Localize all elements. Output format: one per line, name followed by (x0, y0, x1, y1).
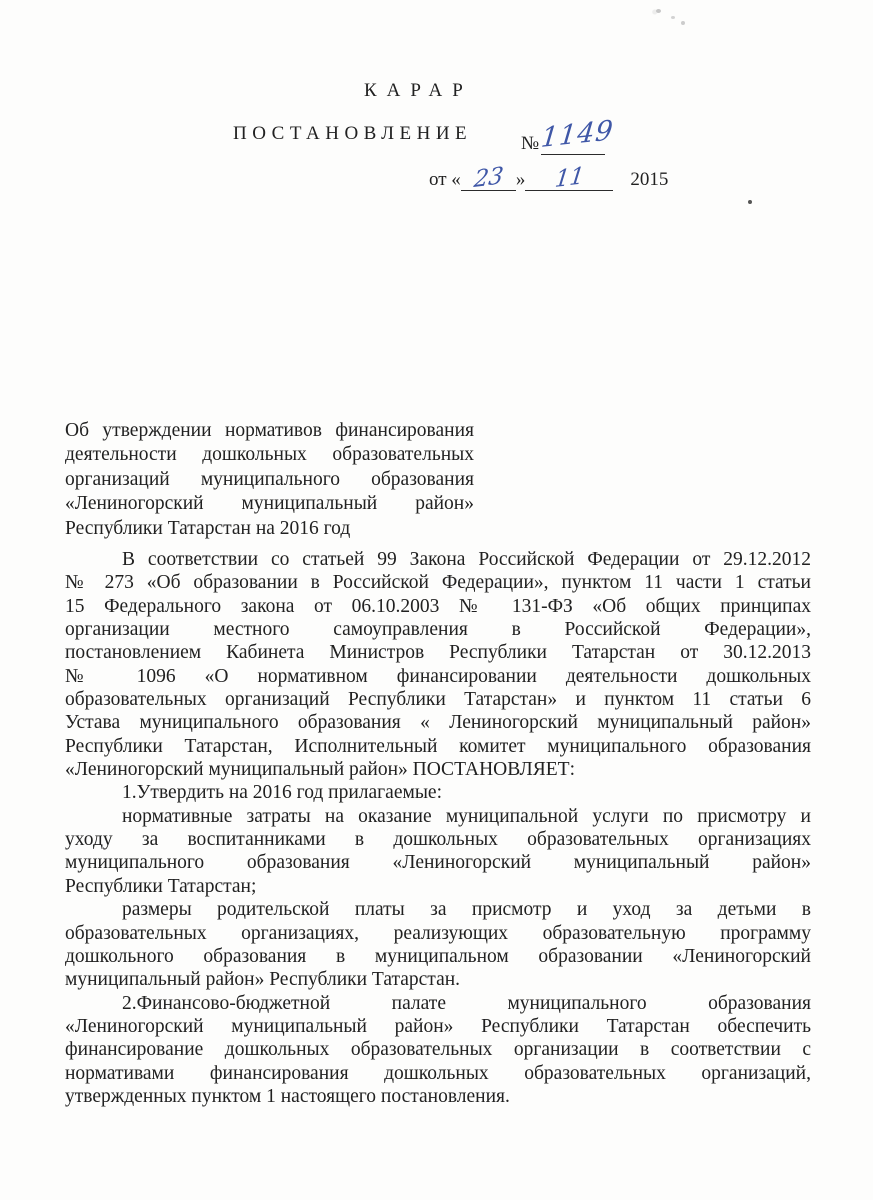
body-line: 1.Утвердить на 2016 год прилагаемые: (65, 781, 811, 804)
date-year: 2015 (630, 169, 668, 191)
date-prefix: от « (429, 169, 461, 191)
body-line: 2.Финансово-бюджетной палате муниципальн… (65, 992, 811, 1015)
body-line: 15 Федерального закона от 06.10.2003 № 1… (65, 595, 811, 618)
body-line: размеры родительской платы за присмотр и… (65, 898, 811, 921)
body-line: № 273 «Об образовании в Российской Федер… (65, 571, 811, 594)
date-close-quote: » (516, 169, 526, 191)
number-underline: 1149 (541, 123, 605, 155)
date-line: от « 23 » 11 2015 (429, 164, 668, 191)
body-line: муниципального образования «Лениногорски… (65, 851, 811, 874)
scan-speck (671, 16, 675, 19)
subject-line: деятельности дошкольных образовательных (65, 443, 474, 467)
document-page: КАРАР ПОСТАНОВЛЕНИЕ № 1149 от « 23 » 11 … (0, 0, 873, 1200)
body-line: «Лениногорский муниципальный район» ПОСТ… (65, 758, 811, 781)
body-line: «Лениногорский муниципальный район» Респ… (65, 1015, 811, 1038)
subject-line: Республики Татарстан на 2016 год (65, 517, 474, 541)
subject-line: Об утверждении нормативов финансирования (65, 419, 474, 443)
subject-line: «Лениногорский муниципальный район» (65, 492, 474, 516)
body-line: муниципальный район» Республики Татарста… (65, 968, 811, 991)
scan-speck (656, 9, 661, 13)
tatar-heading: КАРАР (364, 80, 473, 102)
body-line: Республики Татарстан, Исполнительный ком… (65, 735, 811, 758)
subject-block: Об утверждении нормативов финансирования… (65, 419, 474, 541)
paragraph-norm-costs: нормативные затраты на оказание муниципа… (65, 805, 811, 898)
body-line: финансирование дошкольных образовательны… (65, 1038, 811, 1061)
body-line: дошкольного образования в муниципальном … (65, 945, 811, 968)
handwritten-month: 11 (553, 163, 585, 193)
body-line: Устава муниципального образования « Лени… (65, 711, 811, 734)
body-block: В соответствии со статьей 99 Закона Росс… (65, 548, 811, 1108)
body-line: организации местного самоуправления в Ро… (65, 618, 811, 641)
scan-speck (681, 21, 685, 25)
paragraph-preamble: В соответствии со статьей 99 Закона Росс… (65, 548, 811, 781)
body-line: образовательных организаций Республики Т… (65, 688, 811, 711)
handwritten-day: 23 (472, 163, 504, 193)
decree-heading: ПОСТАНОВЛЕНИЕ (233, 123, 472, 145)
paragraph-item1: 1.Утвердить на 2016 год прилагаемые: (65, 781, 811, 804)
paragraph-parent-fees: размеры родительской платы за присмотр и… (65, 898, 811, 991)
body-line: Республики Татарстан; (65, 875, 811, 898)
number-sign: № (521, 133, 539, 155)
body-line: нормативами финансирования дошкольных об… (65, 1062, 811, 1085)
body-line: В соответствии со статьей 99 Закона Росс… (65, 548, 811, 571)
ink-dot (748, 200, 752, 204)
body-line: образовательных организациях, реализующи… (65, 922, 811, 945)
body-line: № 1096 «О нормативном финансировании дея… (65, 665, 811, 688)
decree-number-group: № 1149 (521, 123, 605, 155)
handwritten-number: 1149 (540, 115, 616, 154)
body-line: уходу за воспитанниками в дошкольных обр… (65, 828, 811, 851)
paragraph-item2: 2.Финансово-бюджетной палате муниципальн… (65, 992, 811, 1109)
body-line: утвержденных пунктом 1 настоящего постан… (65, 1085, 811, 1108)
month-underline: 11 (525, 164, 613, 191)
body-line: постановлением Кабинета Министров Респуб… (65, 641, 811, 664)
subject-line: организаций муниципального образования (65, 468, 474, 492)
day-underline: 23 (461, 164, 516, 191)
body-line: нормативные затраты на оказание муниципа… (65, 805, 811, 828)
